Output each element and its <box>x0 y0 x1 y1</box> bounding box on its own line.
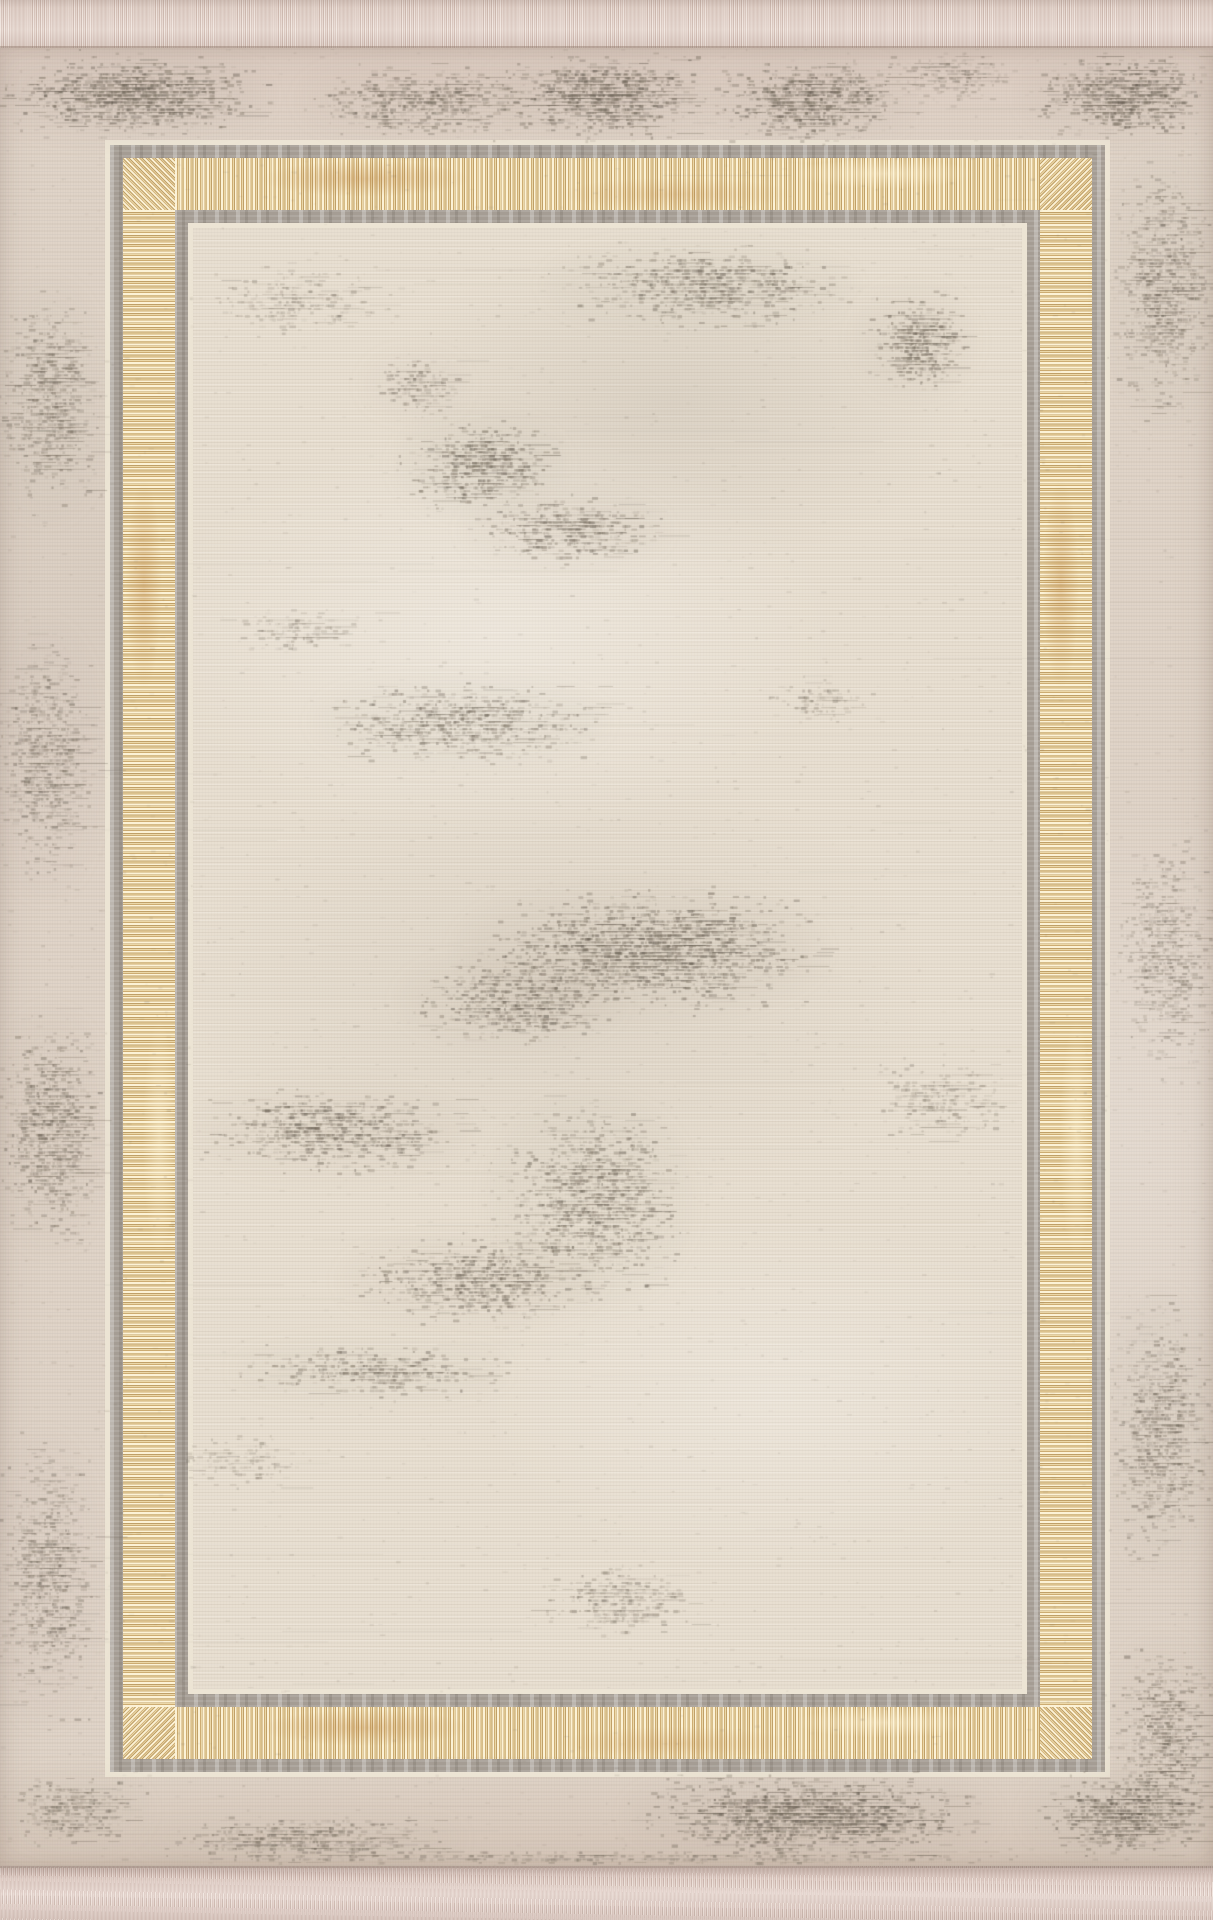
rug-body <box>0 48 1213 1866</box>
rug-fringe-top <box>0 0 1213 48</box>
rug-distress-texture <box>0 48 1213 1866</box>
rug-fringe-bottom <box>0 1866 1213 1920</box>
rug-product-photo <box>0 0 1213 1920</box>
